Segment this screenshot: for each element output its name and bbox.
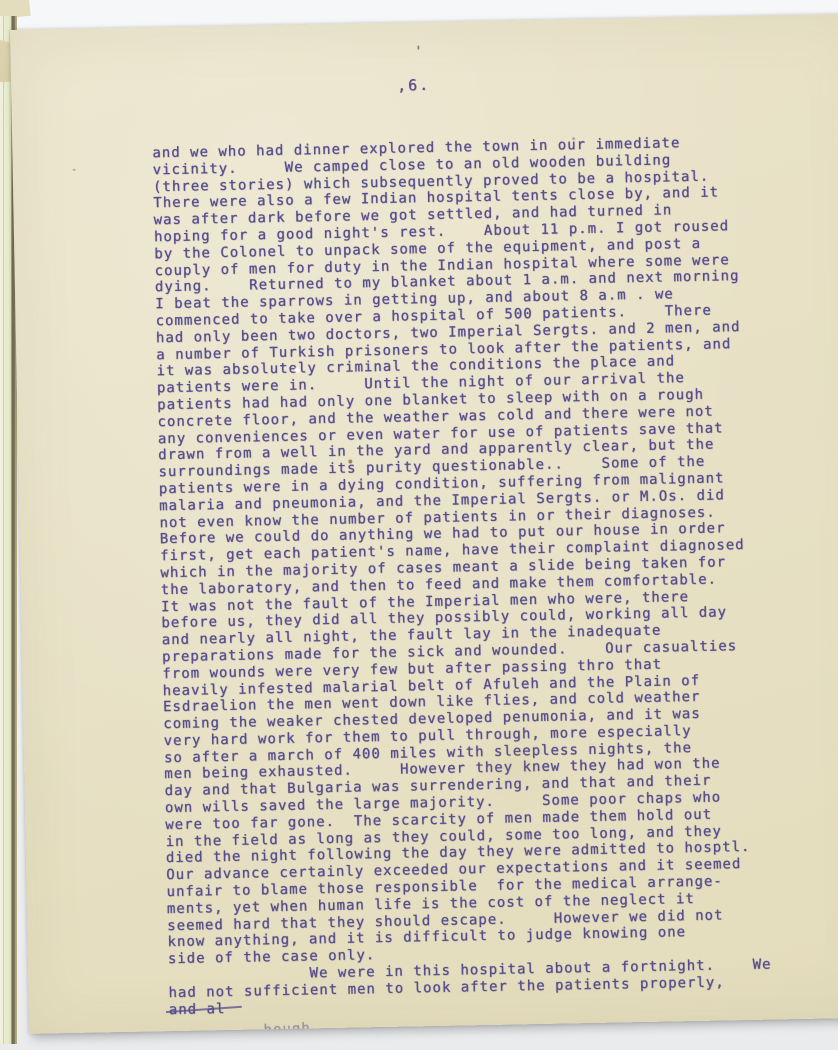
struck-text: and al bbox=[169, 1001, 226, 1019]
paper-speck bbox=[572, 137, 575, 140]
stray-ink-mark: ' bbox=[414, 44, 422, 59]
paper-speck bbox=[348, 460, 352, 464]
typed-lines: and we who had dinner explored the town … bbox=[152, 133, 828, 1002]
paper-speck bbox=[73, 169, 76, 171]
typewritten-text: and we who had dinner explored the town … bbox=[152, 133, 829, 1034]
page-number: ,6. bbox=[397, 76, 430, 95]
document-page: ,6. ' and we who had dinner explored the… bbox=[10, 14, 838, 1034]
paper-speck bbox=[294, 366, 301, 373]
scan-background: ,6. ' and we who had dinner explored the… bbox=[0, 0, 838, 1050]
